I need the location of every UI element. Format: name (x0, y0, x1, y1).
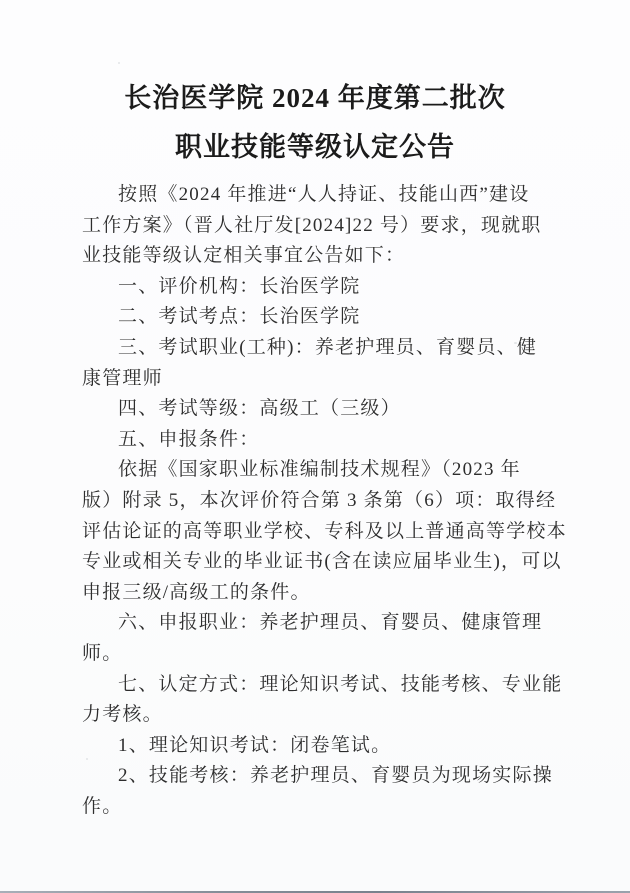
body-line: 2、技能考核：养老护理员、育婴员为现场实际操 (82, 761, 560, 792)
body-line: 五、申报条件： (82, 425, 560, 456)
body-line: 按照《2024 年推进“人人持证、技能山西”建设 (82, 180, 560, 211)
body-line: 依据《国家职业标准编制技术规程》（2023 年 (82, 455, 560, 486)
body-line: 工作方案》（晋人社厅发[2024]22 号）要求，现就职 (82, 211, 560, 242)
document-title-line-2: 职业技能等级认定公告 (0, 125, 630, 164)
body-line: 1、理论知识考试：闭卷笔试。 (82, 731, 560, 762)
scan-speck (514, 342, 517, 344)
body-line: 申报三级/高级工的条件。 (82, 578, 560, 609)
document-body: 按照《2024 年推进“人人持证、技能山西”建设工作方案》（晋人社厅发[2024… (82, 180, 560, 822)
body-line: 师。 (82, 639, 560, 670)
body-line: 力考核。 (82, 700, 560, 731)
scan-speck (86, 758, 88, 760)
body-line: 业技能等级认定相关事宜公告如下： (82, 241, 560, 272)
body-line: 七、认定方式：理论知识考试、技能考核、专业能 (82, 670, 560, 701)
body-line: 评估论证的高等职业学校、专科及以上普通高等学校本 (82, 517, 560, 548)
body-line: 一、评价机构：长治医学院 (82, 272, 560, 303)
document-title-line-1: 长治医学院 2024 年度第二批次 (0, 76, 630, 115)
body-line: 三、考试职业(工种)：养老护理员、育婴员、健 (82, 333, 560, 364)
body-line: 作。 (82, 792, 560, 823)
body-line: 版）附录 5，本次评价符合第 3 条第（6）项：取得经 (82, 486, 560, 517)
body-line: 专业或相关专业的毕业证书(含在读应届毕业生)，可以 (82, 547, 560, 578)
body-line: 四、考试等级：高级工（三级） (82, 394, 560, 425)
scanned-document-page: 长治医学院 2024 年度第二批次 职业技能等级认定公告 按照《2024 年推进… (0, 0, 630, 893)
body-line: 六、申报职业：养老护理员、育婴员、健康管理 (82, 608, 560, 639)
body-line: 康管理师 (82, 364, 560, 395)
body-line: 二、考试考点：长治医学院 (82, 302, 560, 333)
scan-speck (118, 62, 120, 64)
